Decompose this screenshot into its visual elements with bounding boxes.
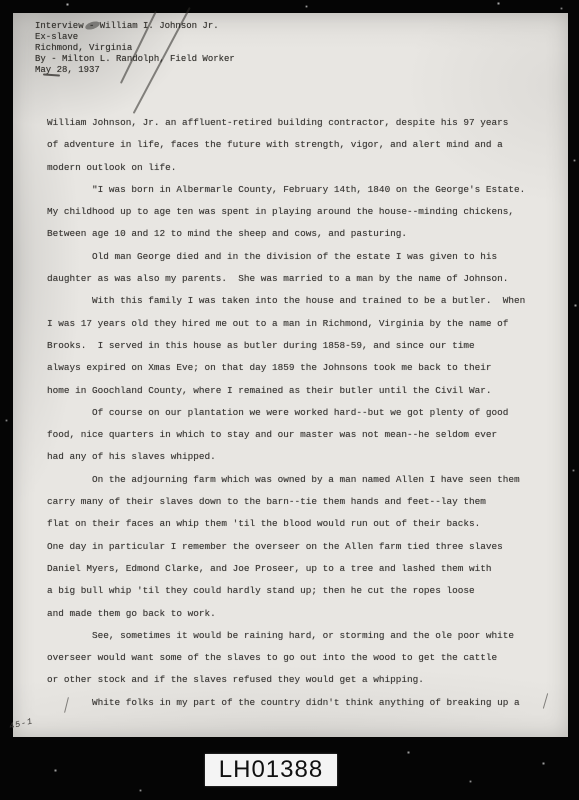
typewritten-paragraph: Of course on our plantation we were work…	[47, 402, 553, 469]
typewritten-paragraph: White folks in my part of the country di…	[47, 692, 553, 714]
document-header: Interview - William I. Johnson Jr.Ex-sla…	[35, 21, 235, 76]
header-line-interviewee: Interview - William I. Johnson Jr.	[35, 21, 235, 32]
typewritten-paragraph: "I was born in Albermarle County, Februa…	[47, 179, 553, 246]
header-line-status: Ex-slave	[35, 32, 235, 43]
handwritten-page-number: 45-1	[8, 716, 34, 732]
catalog-label: LH01388	[205, 754, 337, 786]
typewritten-paragraph: See, sometimes it would be raining hard,…	[47, 625, 553, 692]
typewritten-paragraph: Old man George died and in the division …	[47, 246, 553, 291]
typewritten-paragraph: William Johnson, Jr. an affluent-retired…	[47, 112, 553, 179]
typewritten-body: William Johnson, Jr. an affluent-retired…	[47, 112, 553, 714]
dust-specks	[0, 0, 1, 1]
scanned-document-page: Interview - William I. Johnson Jr.Ex-sla…	[13, 13, 568, 737]
typewritten-paragraph: With this family I was taken into the ho…	[47, 290, 553, 401]
typewritten-paragraph: On the adjourning farm which was owned b…	[47, 469, 553, 625]
header-line-date: May 28, 1937	[35, 65, 235, 76]
